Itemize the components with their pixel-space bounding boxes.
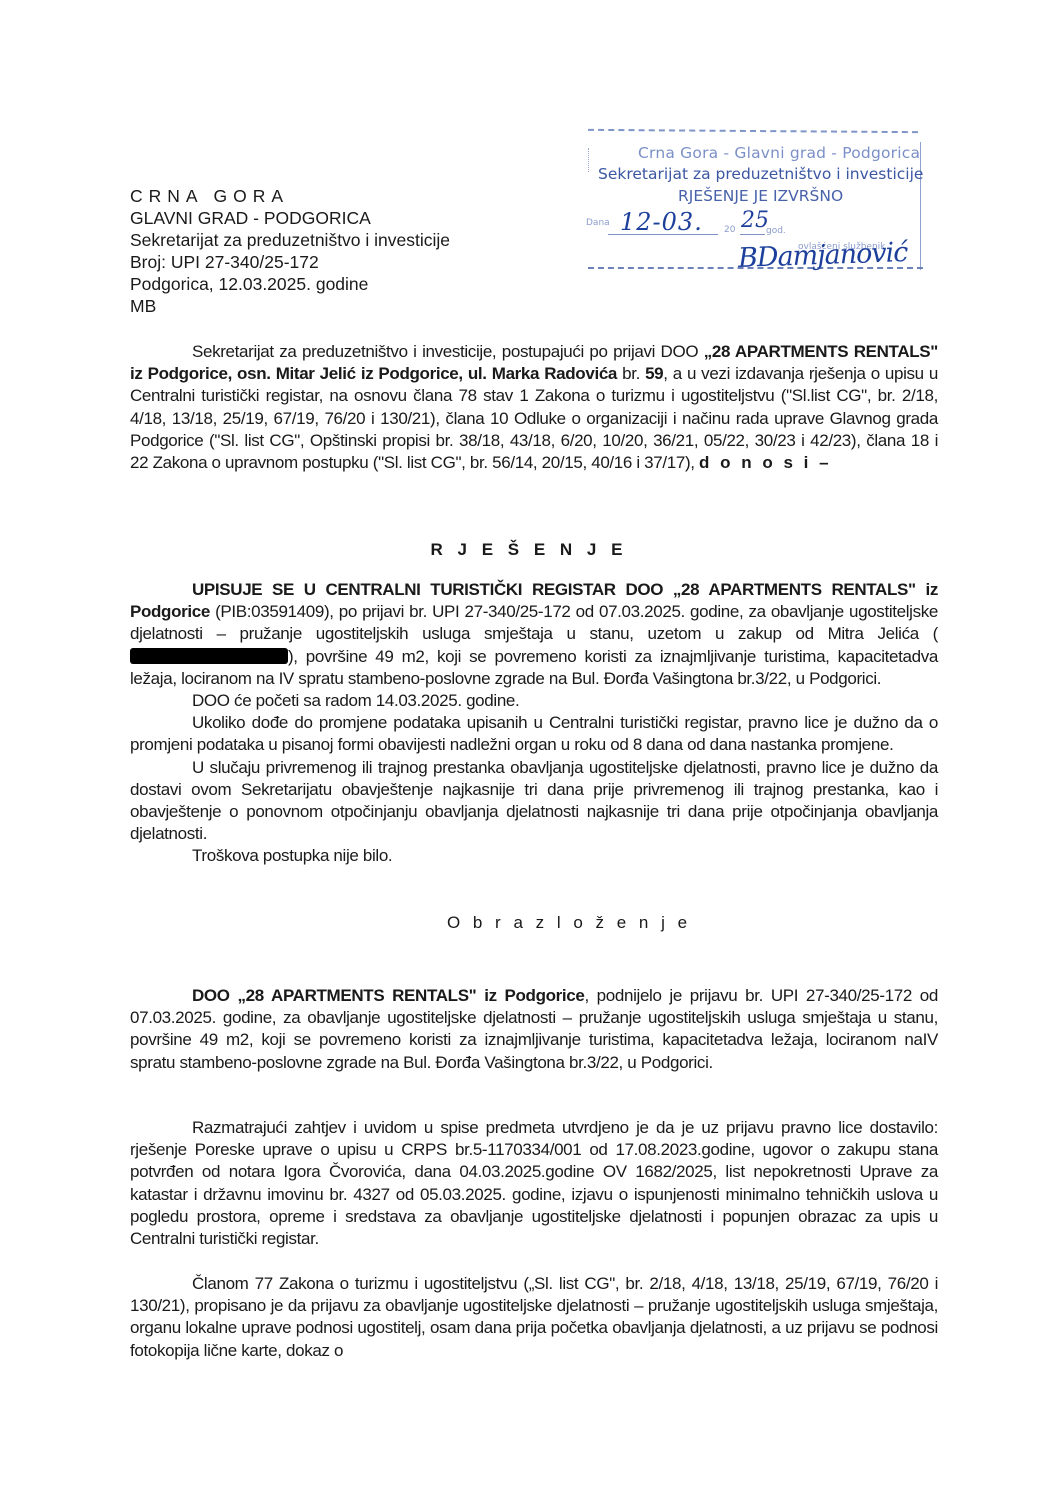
decision-paragraph-1: UPISUJE SE U CENTRALNI TURISTIČKI REGIST…: [130, 579, 938, 690]
stamp-year-suffix: god.: [766, 226, 786, 236]
reasoning-body: DOO „28 APARTMENTS RENTALS" iz Podgorice…: [130, 985, 938, 1074]
stamp-date-label: Dana: [586, 218, 610, 228]
stamp-year-prefix: 20: [724, 225, 735, 235]
decision-paragraph-4: U slučaju privremenog ili trajnog presta…: [130, 757, 938, 846]
reasoning-title: O b r a z l o ž e n j e: [40, 913, 1058, 933]
stamp-line-department: Sekretarijat za preduzetništvo i investi…: [598, 165, 923, 183]
reasoning-paragraph-2: Razmatrajući zahtjev i uvidom u spise pr…: [130, 1117, 938, 1250]
intro-verdict-word: d o n o s i –: [699, 453, 832, 472]
stamp-date-handwritten: 12-03.: [620, 208, 703, 236]
header-department: Sekretarijat za preduzetništvo i investi…: [130, 229, 450, 251]
intro-text-bold: 59: [645, 364, 663, 383]
document-header: CRNA GORA GLAVNI GRAD - PODGORICA Sekret…: [130, 185, 450, 317]
header-case-number: Broj: UPI 27-340/25-172: [130, 251, 450, 273]
redacted-block: [130, 648, 288, 664]
header-city: GLAVNI GRAD - PODGORICA: [130, 207, 450, 229]
reasoning-body-3: Članom 77 Zakona o turizmu i ugostiteljs…: [130, 1273, 938, 1362]
intro-text: br.: [617, 364, 645, 383]
header-place-date: Podgorica, 12.03.2025. godine: [130, 273, 450, 295]
stamp-year-line: [740, 234, 765, 235]
header-country: CRNA GORA: [130, 185, 450, 207]
reasoning-paragraph-3: Članom 77 Zakona o turizmu i ugostiteljs…: [130, 1273, 938, 1362]
decision-paragraph-3: Ukoliko dođe do promjene podataka upisan…: [130, 712, 938, 756]
decision-text: (PIB:03591409), po prijavi br. UPI 27-34…: [130, 602, 938, 643]
header-initials: MB: [130, 295, 450, 317]
decision-title: R J E Š E N J E: [0, 540, 1058, 560]
reasoning-paragraph-1: DOO „28 APARTMENTS RENTALS" iz Podgorice…: [130, 985, 938, 1074]
decision-paragraph-2: DOO će početi sa radom 14.03.2025. godin…: [130, 690, 938, 712]
intro-text: Sekretarijat za preduzetništvo i investi…: [192, 342, 704, 361]
reasoning-body-2: Razmatrajući zahtjev i uvidom u spise pr…: [130, 1117, 938, 1250]
decision-body: UPISUJE SE U CENTRALNI TURISTIČKI REGIST…: [130, 579, 938, 868]
signature: BDamjanović: [738, 237, 908, 274]
intro-paragraph: Sekretarijat za preduzetništvo i investi…: [130, 341, 938, 474]
applicant-name: DOO „28 APARTMENTS RENTALS" iz Podgorice: [192, 986, 585, 1005]
stamp-border: [588, 148, 589, 172]
document-page: Crna Gora - Glavni grad - Podgorica Sekr…: [0, 0, 1058, 1497]
stamp-border: [588, 129, 918, 133]
stamp-line-status: RJEŠENJE JE IZVRŠNO: [678, 187, 843, 205]
executive-stamp: Crna Gora - Glavni grad - Podgorica Sekr…: [588, 130, 923, 270]
stamp-line-authority: Crna Gora - Glavni grad - Podgorica: [638, 144, 920, 162]
stamp-year-handwritten: 25: [741, 208, 769, 233]
decision-paragraph-5: Troškova postupka nije bilo.: [130, 845, 938, 867]
